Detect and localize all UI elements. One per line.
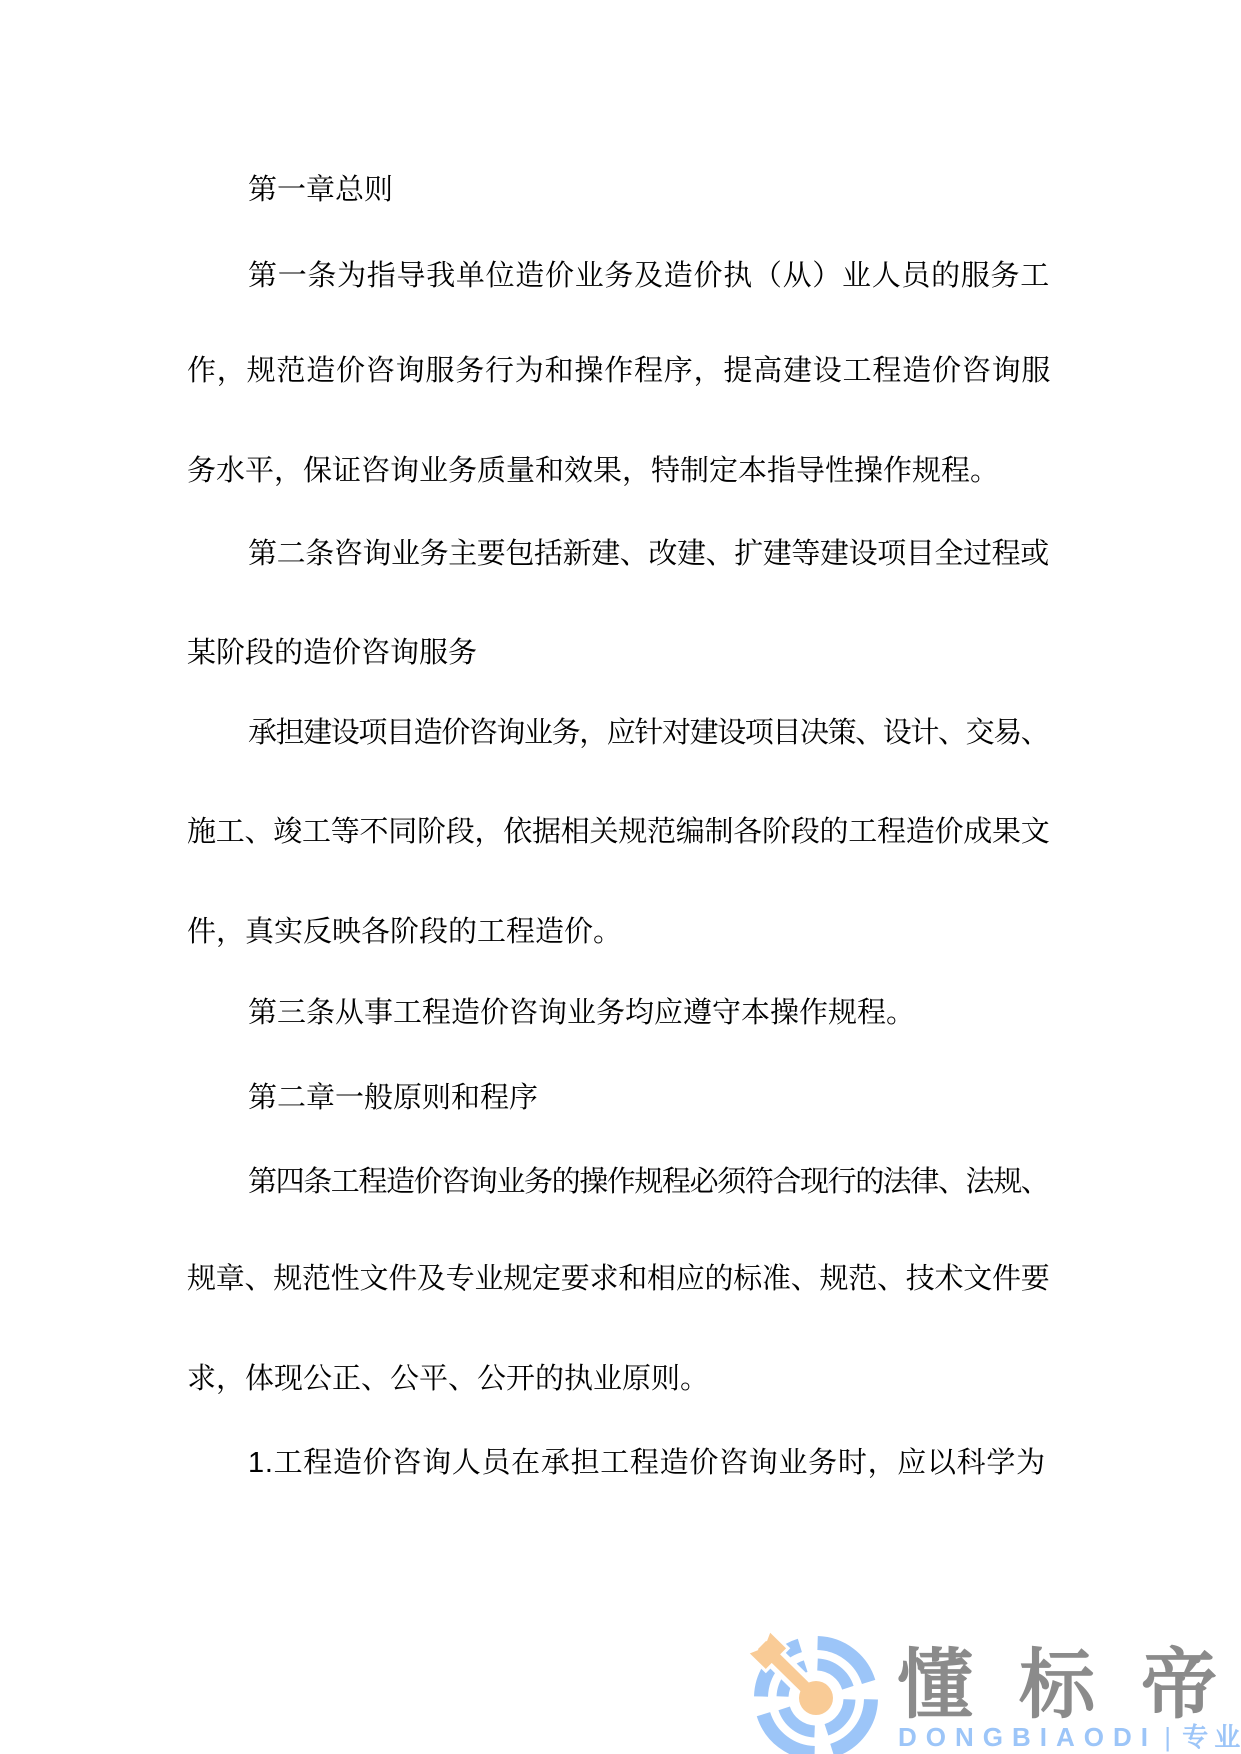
paragraph-line: 施工、竣工等不同阶段，依据相关规范编制各阶段的工程造价成果文: [187, 818, 1050, 847]
target-arrow-logo-icon: [744, 1629, 886, 1754]
document-page: 第一章总则 第一条为指导我单位造价业务及造价执（从）业人员的服务工 作，规范造价…: [0, 0, 1241, 1754]
paragraph-line: 件，真实反映各阶段的工程造价。: [187, 918, 622, 947]
paragraph-line: 承担建设项目造价咨询业务，应针对建设项目决策、设计、交易、: [248, 719, 1048, 748]
paragraph-line: 务水平，保证咨询业务质量和效果，特制定本指导性操作规程。: [187, 457, 999, 486]
paragraph-line: 某阶段的造价咨询服务: [187, 639, 477, 668]
brand-separator: |: [1164, 1722, 1171, 1752]
brand-edition: 专业版: [1182, 1722, 1241, 1752]
paragraph-line: 1.工程造价咨询人员在承担工程造价咨询业务时，应以科学为: [248, 1449, 1046, 1478]
paragraph-line: 第三条从事工程造价咨询业务均应遵守本操作规程。: [248, 999, 915, 1028]
brand-name-latin: DONGBIAODI: [898, 1722, 1157, 1752]
brand-name-cjk: 懂标帝: [897, 1646, 1241, 1726]
chapter-1-heading: 第一章总则: [248, 176, 393, 205]
paragraph-line: 求，体现公正、公平、公开的执业原则。: [187, 1365, 709, 1394]
chapter-2-heading: 第二章一般原则和程序: [248, 1084, 538, 1113]
paragraph-line: 第一条为指导我单位造价业务及造价执（从）业人员的服务工: [248, 262, 1050, 291]
paragraph-line: 第四条工程造价咨询业务的操作规程必须符合现行的法律、法规、: [248, 1168, 1048, 1197]
bullseye-center-dot: [799, 1681, 833, 1715]
paragraph-line: 作，规范造价咨询服务行为和操作程序，提高建设工程造价咨询服: [187, 357, 1051, 386]
paragraph-line: 规章、规范性文件及专业规定要求和相应的标准、规范、技术文件要: [187, 1265, 1050, 1294]
brand-subline: DONGBIAODI | 专业版: [898, 1722, 1241, 1752]
paragraph-line: 第二条咨询业务主要包括新建、改建、扩建等建设项目全过程或: [248, 540, 1049, 569]
